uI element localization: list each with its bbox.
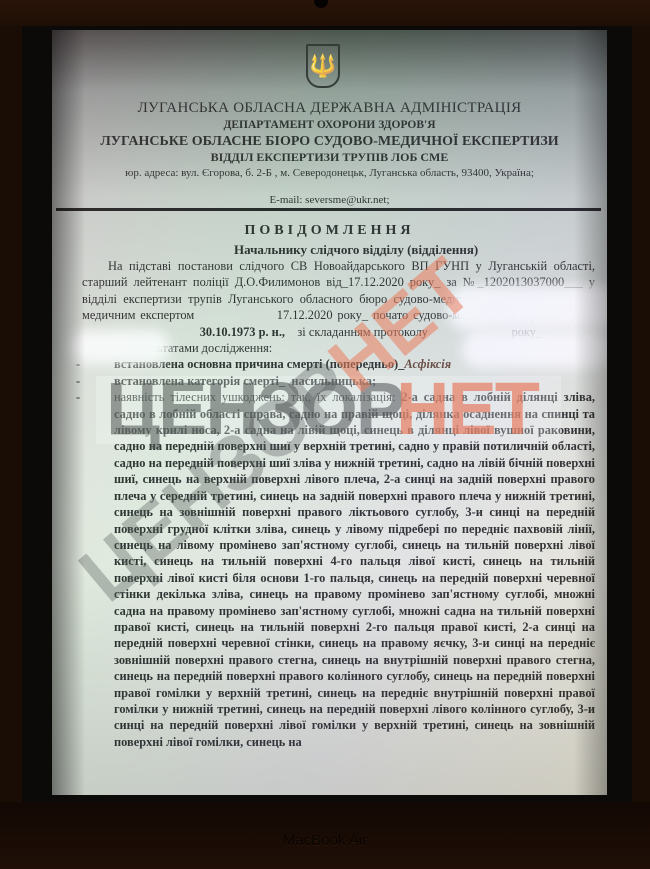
org-line-4: ВІДДІЛ ЕКСПЕРТИЗИ ТРУПІВ ЛОБ СМЕ (52, 150, 607, 165)
watermark-text-red: НЕТ (396, 366, 538, 451)
header-divider (56, 208, 601, 211)
redacted-name (199, 308, 272, 322)
camera-icon (314, 0, 328, 8)
org-address: юр. адреса: вул. Єгорова, б. 2-Б , м. Се… (52, 167, 607, 179)
document-title: ПОВІДОМЛЕННЯ (52, 223, 607, 239)
document-page: 🔱 ЛУГАНСЬКА ОБЛАСНА ДЕРЖАВНА АДМІНІСТРАЦ… (52, 30, 607, 795)
laptop-bezel-top (0, 0, 650, 26)
birth-date: 30.10.1973 р. н., (200, 325, 285, 339)
org-line-1: ЛУГАНСЬКА ОБЛАСНА ДЕРЖАВНА АДМІНІСТРАЦІЯ (52, 100, 607, 117)
laptop-screen: 🔱 ЛУГАНСЬКА ОБЛАСНА ДЕРЖАВНА АДМІНІСТРАЦ… (22, 26, 632, 802)
org-email: E-mail: seversme@ukr.net; (52, 194, 607, 206)
org-line-2: ДЕПАРТАМЕНТ ОХОРОНИ ЗДОРОВ'Я (52, 119, 607, 131)
ukraine-trident-icon: 🔱 (306, 44, 340, 88)
org-line-3: ЛУГАНСЬКЕ ОБЛАСНЕ БІОРО СУДОВО-МЕДИЧНОЇ … (52, 134, 607, 150)
laptop-brand-label: MacBook Air (0, 832, 650, 849)
redaction-blur (462, 330, 607, 368)
redaction-blur (70, 330, 170, 364)
